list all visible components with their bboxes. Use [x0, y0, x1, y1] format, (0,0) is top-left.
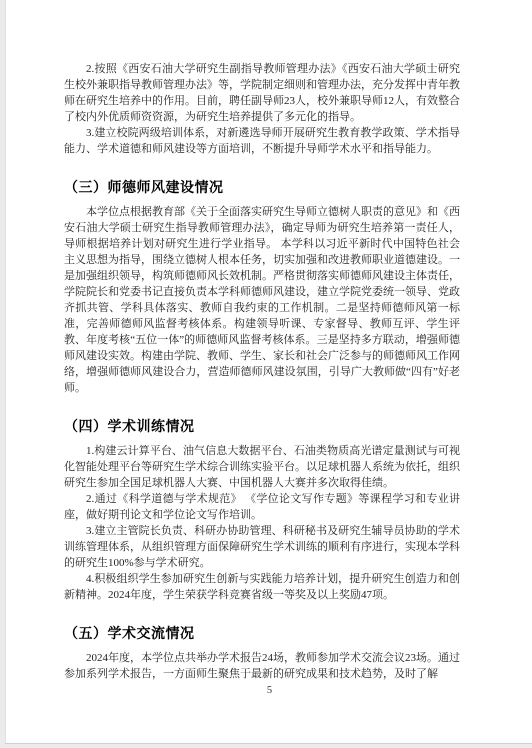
- paragraph-ethics-detail: 本学位点根据教育部《关于全面落实研究生导师立德树人职责的意见》和《西安石油大学硕…: [64, 204, 460, 396]
- paragraph-management-system: 3.建立主管院长负责、科研办协助管理、科研秘书及研究生辅导员协助的学术训练管理体…: [64, 523, 460, 571]
- section-heading-5-exchange: （五）学术交流情况: [64, 625, 460, 642]
- section-heading-4-training: （四）学术训练情况: [64, 418, 460, 435]
- page-content: 2.按照《西安石油大学研究生副指导教师管理办法》《西安石油大学硕士研究生校外兼职…: [64, 61, 460, 682]
- paragraph-innovation-awards: 4.积极组织学生参加研究生创新与实践能力培养计划，提升研究生创造力和创新精神。2…: [64, 571, 460, 603]
- paragraph-teacher-policy: 2.按照《西安石油大学研究生副指导教师管理办法》《西安石油大学硕士研究生校外兼职…: [64, 61, 460, 125]
- paragraph-platforms: 1.构建云计算平台、油气信息大数据平台、石油类物质高光谱定量测试与可视化智能处理…: [64, 443, 460, 491]
- paragraph-academic-reports: 2024年度，本学位点共举办学术报告24场，教师参加学术交流会议23场。通过参加…: [64, 650, 460, 682]
- document-page: 2.按照《西安石油大学研究生副指导教师管理办法》《西安石油大学硕士研究生校外兼职…: [5, 0, 532, 744]
- page-number: 5: [6, 685, 532, 696]
- section-heading-3-ethics: （三）师德师风建设情况: [64, 179, 460, 196]
- paragraph-courses: 2.通过《科学道德与学术规范》 《学位论文写作专题》等课程学习和专业讲座，做好期…: [64, 491, 460, 523]
- paragraph-training-system: 3.建立校院两级培训体系，对新遴选导师开展研究生教育教学政策、学术指导能力、学术…: [64, 125, 460, 157]
- document-viewport: 2.按照《西安石油大学研究生副指导教师管理办法》《西安石油大学硕士研究生校外兼职…: [0, 0, 532, 748]
